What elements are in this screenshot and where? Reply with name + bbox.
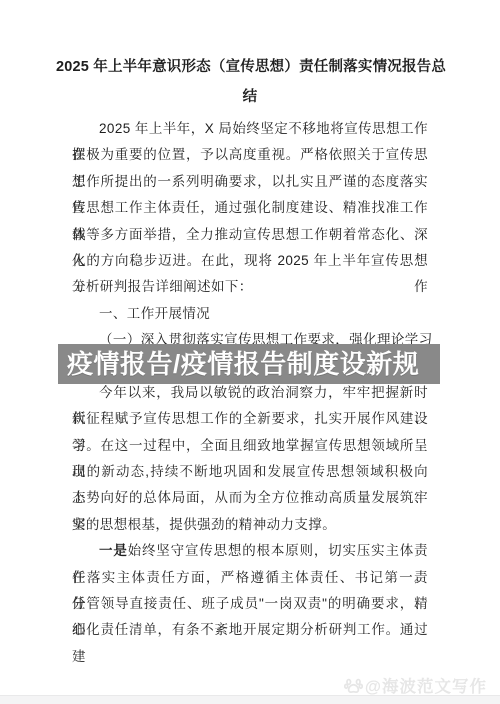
watermark: @海波范文写作	[344, 673, 487, 697]
text-line: 态势向好的总体局面，从而为全方位推动高质量发展筑牢坚	[72, 485, 428, 511]
text-line: 出的新动态,持续不断地巩固和发展宣传思想领域积极向上、	[72, 459, 428, 485]
report-title: 2025 年上半年意识形态（宣传思想）责任制落实情况报告总 结	[56, 52, 444, 112]
text-line: 实的思想根基，提供强劲的精神动力支撑。	[72, 512, 428, 538]
text-line: 化的方向稳步迈进。在此，现将 2025 年上半年宣传思想工作	[72, 248, 428, 274]
text-line: 细化责任清单，有条不紊地开展定期分析研判工作。通过建	[72, 617, 428, 643]
watermark-text: @海波范文写作	[365, 673, 487, 697]
text-line: 体等多方面举措，全力推动宣传思想工作朝着常态化、深入	[72, 222, 428, 248]
text-line: 2025 年上半年，X 局始终坚定不移地将宣传思想工作摆	[72, 116, 428, 142]
report-title-line-1: 2025 年上半年意识形态（宣传思想）责任制落实情况报告总	[56, 52, 444, 82]
document-page: 2025 年上半年意识形态（宣传思想）责任制落实情况报告总 结 2025 年上半…	[0, 0, 500, 704]
report-title-line-2: 结	[56, 82, 444, 112]
overlay-banner[interactable]: 疫情报告/疫情报告制度设新规	[58, 344, 440, 384]
text-line: 一是始终坚守宣传思想的根本原则，切实压实主体责任。	[72, 538, 428, 564]
text-line: 新征程赋予宣传思想工作的全新要求，扎实开展作风建设学	[72, 406, 428, 432]
footer-bar	[0, 695, 500, 704]
text-line: 工作所提出的一系列明确要求，以扎实且严谨的态度落实宣	[72, 169, 428, 195]
text-line: 传思想工作主体责任，通过强化制度建设、精准找准工作载	[72, 195, 428, 221]
text-line: 在极为重要的位置，予以高度重视。严格依照关于宣传思想	[72, 142, 428, 168]
paw-logo-icon	[344, 676, 363, 695]
text-line: 一、工作开展情况	[72, 301, 428, 327]
text-line: 分管领导直接责任、班子成员"一岗双责"的明确要求，精心	[72, 591, 428, 617]
text-line: 在落实主体责任方面，严格遵循主体责任、书记第一责任、	[72, 565, 428, 591]
overlay-banner-text[interactable]: 疫情报告/疫情报告制度设新规	[67, 351, 419, 377]
text-line: 习。在这一过程中，全面且细致地掌握宣传思想领域所呈现	[72, 433, 428, 459]
